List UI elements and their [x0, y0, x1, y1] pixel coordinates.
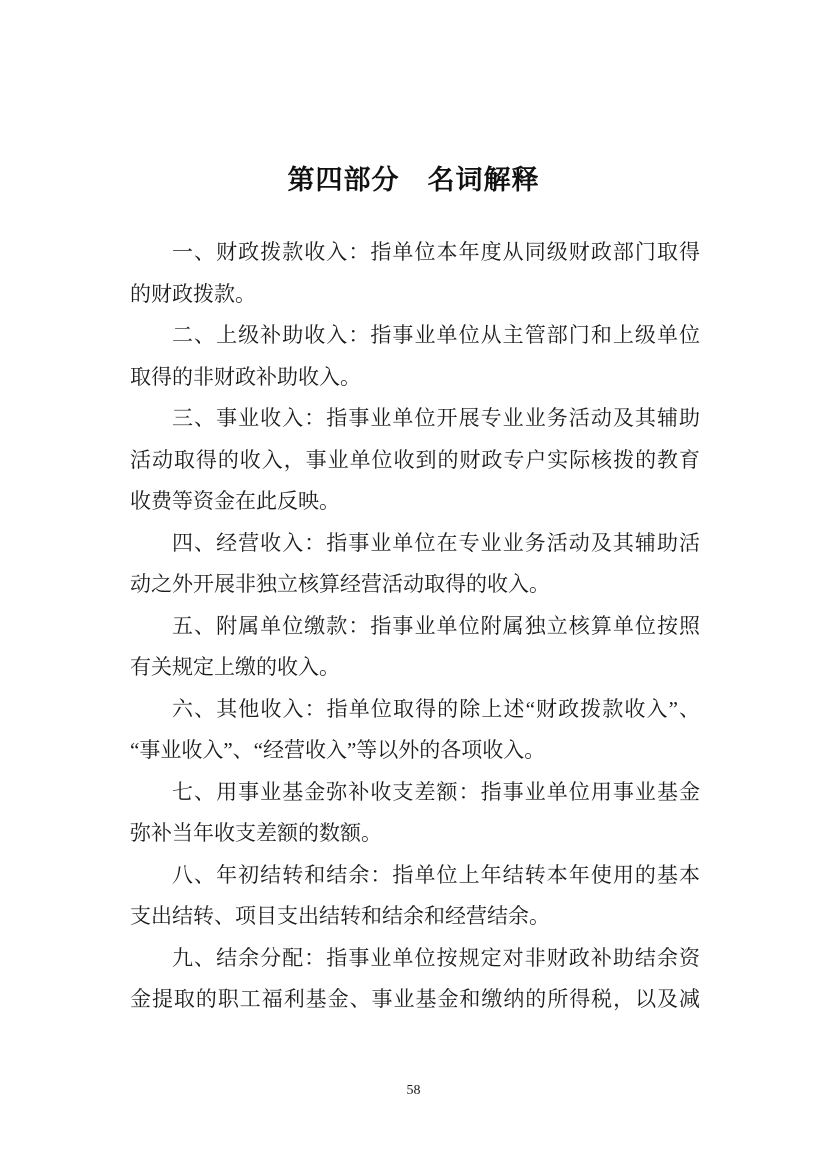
paragraph-line: 的财政拨款。: [130, 274, 700, 316]
paragraph: 五、附属单位缴款：指事业单位附属独立核算单位按照有关规定上缴的收入。: [130, 606, 700, 689]
page-number: 58: [0, 1081, 827, 1101]
paragraph: 二、上级补助收入：指事业单位从主管部门和上级单位取得的非财政补助收入。: [130, 315, 700, 398]
paragraph-line: 三、事业收入：指事业单位开展专业业务活动及其辅助: [130, 398, 700, 440]
paragraph-line: 有关规定上缴的收入。: [130, 647, 700, 689]
paragraph-line: 弥补当年收支差额的数额。: [130, 813, 700, 855]
paragraph: 七、用事业基金弥补收支差额：指事业单位用事业基金弥补当年收支差额的数额。: [130, 772, 700, 855]
paragraphs: 一、财政拨款收入：指单位本年度从同级财政部门取得的财政拨款。二、上级补助收入：指…: [130, 232, 700, 1021]
document-page: 第四部分 名词解释 一、财政拨款收入：指单位本年度从同级财政部门取得的财政拨款。…: [0, 0, 827, 1169]
paragraph-line: 六、其他收入：指单位取得的除上述“财政拨款收入”、: [130, 689, 700, 731]
paragraph: 八、年初结转和结余：指单位上年结转本年使用的基本支出结转、项目支出结转和结余和经…: [130, 855, 700, 938]
page-title: 第四部分 名词解释: [0, 163, 827, 197]
paragraph-line: 活动取得的收入，事业单位收到的财政专户实际核拨的教育: [130, 440, 700, 482]
document-body: 一、财政拨款收入：指单位本年度从同级财政部门取得的财政拨款。二、上级补助收入：指…: [130, 232, 700, 1021]
paragraph-line: 取得的非财政补助收入。: [130, 357, 700, 399]
paragraph-line: 八、年初结转和结余：指单位上年结转本年使用的基本: [130, 855, 700, 897]
paragraph-line: “事业收入”、“经营收入”等以外的各项收入。: [130, 730, 700, 772]
paragraph-line: 九、结余分配：指事业单位按规定对非财政补助结余资: [130, 938, 700, 980]
paragraph: 九、结余分配：指事业单位按规定对非财政补助结余资金提取的职工福利基金、事业基金和…: [130, 938, 700, 1021]
paragraph: 三、事业收入：指事业单位开展专业业务活动及其辅助活动取得的收入，事业单位收到的财…: [130, 398, 700, 523]
paragraph-line: 一、财政拨款收入：指单位本年度从同级财政部门取得: [130, 232, 700, 274]
paragraph: 四、经营收入：指事业单位在专业业务活动及其辅助活动之外开展非独立核算经营活动取得…: [130, 523, 700, 606]
paragraph: 六、其他收入：指单位取得的除上述“财政拨款收入”、“事业收入”、“经营收入”等以…: [130, 689, 700, 772]
paragraph-line: 金提取的职工福利基金、事业基金和缴纳的所得税，以及减: [130, 979, 700, 1021]
paragraph-line: 七、用事业基金弥补收支差额：指事业单位用事业基金: [130, 772, 700, 814]
paragraph-line: 四、经营收入：指事业单位在专业业务活动及其辅助活: [130, 523, 700, 565]
paragraph-line: 收费等资金在此反映。: [130, 481, 700, 523]
paragraph-line: 二、上级补助收入：指事业单位从主管部门和上级单位: [130, 315, 700, 357]
paragraph-line: 支出结转、项目支出结转和结余和经营结余。: [130, 896, 700, 938]
paragraph: 一、财政拨款收入：指单位本年度从同级财政部门取得的财政拨款。: [130, 232, 700, 315]
paragraph-line: 动之外开展非独立核算经营活动取得的收入。: [130, 564, 700, 606]
paragraph-line: 五、附属单位缴款：指事业单位附属独立核算单位按照: [130, 606, 700, 648]
